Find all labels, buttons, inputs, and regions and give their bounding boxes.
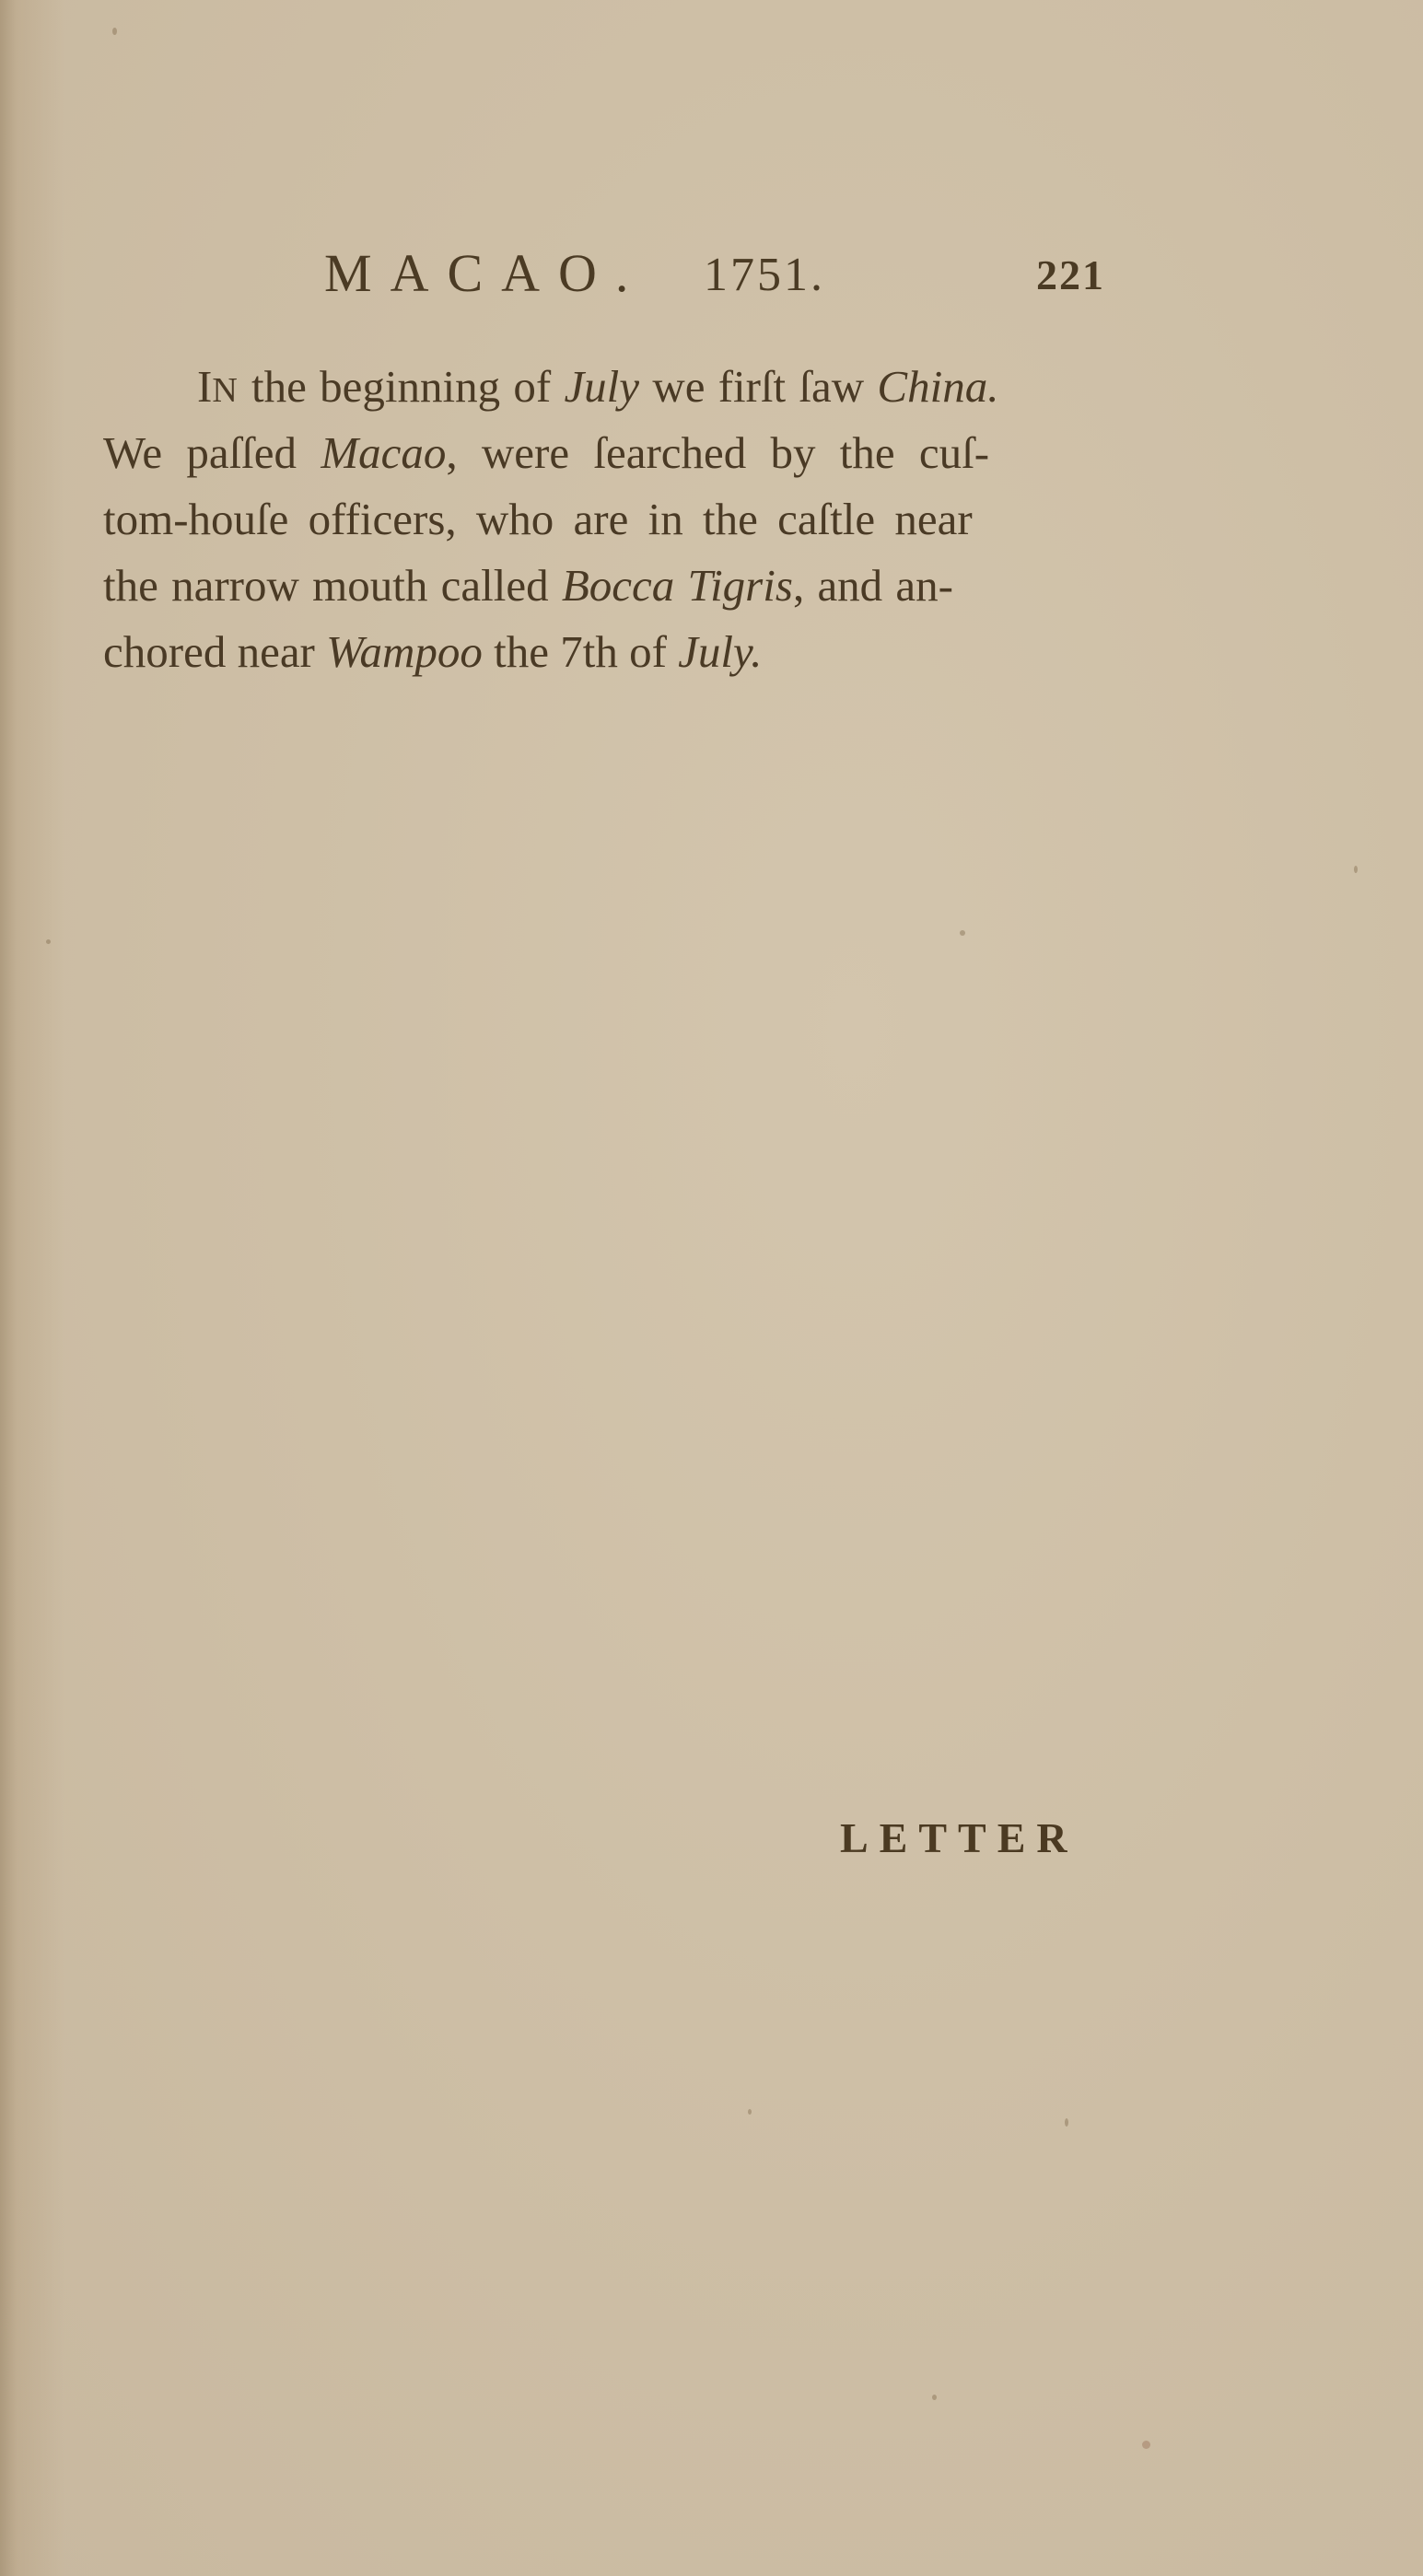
italic-place: Bocca Tigris [562, 560, 793, 611]
running-head-year: 1751. [704, 243, 825, 308]
small-capital: N [212, 371, 238, 410]
paragraph-line-1: IN the beginning of July we firſt ſaw Ch… [197, 355, 998, 423]
paragraph-line-4: the narrow mouth called Bocca Tigris, an… [103, 554, 953, 618]
italic-place: Wampoo [326, 626, 483, 677]
italic-place: China. [877, 361, 998, 412]
paragraph-line-5: chored near Wampoo the 7th of July. [103, 620, 762, 684]
page-number: 221 [1036, 243, 1105, 308]
running-head-title: MACAO. [324, 241, 647, 306]
text-segment: We paſſed [103, 427, 321, 478]
italic-month: July [564, 361, 639, 412]
initial-word: IN [197, 361, 239, 412]
text-segment: , were ſearched by the cuſ- [446, 427, 989, 478]
text-segment: the narrow mouth called [103, 560, 562, 611]
text-segment: we firſt ſaw [639, 361, 877, 412]
paper-speck [1142, 2441, 1150, 2449]
paragraph-line-3: tom-houſe officers, who are in the caſtl… [103, 487, 973, 552]
paper-speck [748, 2109, 752, 2115]
text-segment: the beginning of [239, 361, 565, 412]
text-segment: the 7th of [483, 626, 678, 677]
catchword: LETTER [840, 1811, 1079, 1866]
paper-speck [112, 28, 117, 35]
italic-month: July. [678, 626, 762, 677]
running-head: MACAO. 1751. 221 [324, 241, 1116, 306]
italic-place: Macao [321, 427, 446, 478]
text-segment: , and an- [793, 560, 953, 611]
paper-speck [960, 930, 965, 936]
paper-speck [1354, 866, 1358, 873]
book-page: MACAO. 1751. 221 IN the beginning of Jul… [0, 0, 1423, 2576]
paper-speck [1065, 2118, 1068, 2127]
text-segment: chored near [103, 626, 326, 677]
paper-speck [932, 2395, 937, 2400]
paper-speck [46, 939, 51, 944]
text-segment: tom-houſe officers, who are in the caſtl… [103, 494, 973, 544]
paragraph-line-2: We paſſed Macao, were ſearched by the cu… [103, 421, 989, 485]
